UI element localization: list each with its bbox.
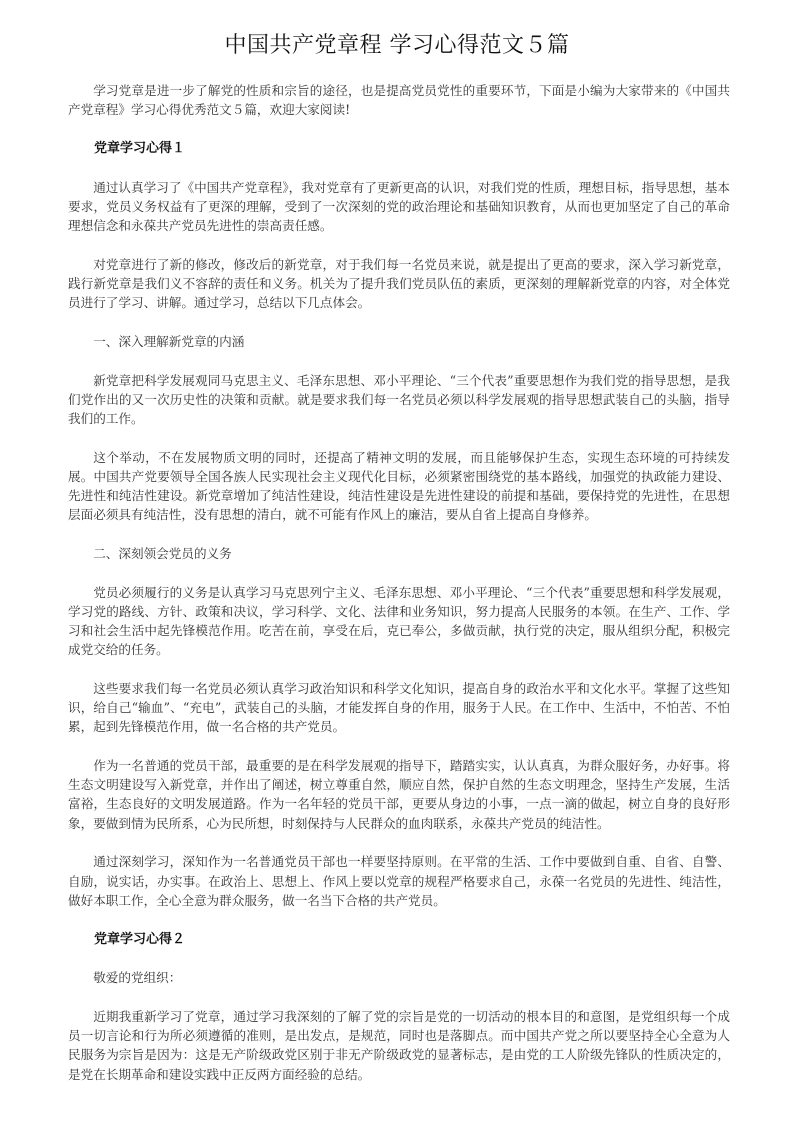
paragraph: 党员必须履行的义务是认真学习马克思列宁主义、毛泽东思想、邓小平理论、“三个代表”… — [68, 583, 730, 660]
paragraph: 新党章把科学发展观同马克思主义、毛泽东思想、邓小平理论、“三个代表”重要思想作为… — [68, 371, 730, 429]
subheading: 二、深刻领会党员的义务 — [68, 544, 730, 563]
paragraph: 通过深刻学习，深知作为一名普通党员干部也一样要坚持原则。在平常的生活、工作中要做… — [68, 852, 730, 910]
document-title: 中国共产党章程 学习心得范文５篇 — [0, 30, 794, 62]
paragraph: 对党章进行了新的修改，修改后的新党章，对于我们每一名党员来说，就是提出了更高的要… — [68, 255, 730, 313]
paragraph: 通过认真学习了《中国共产党章程》，我对党章有了更新更高的认识，对我们党的性质，理… — [68, 178, 730, 236]
subheading: 一、深入理解新党章的内涵 — [68, 332, 730, 351]
salutation: 敬爱的党组织： — [68, 968, 730, 987]
intro-paragraph: 学习党章是进一步了解党的性质和宗旨的途径，也是提高党员党性的重要环节，下面是小编… — [68, 81, 730, 119]
paragraph: 这些要求我们每一名党员必须认真学习政治知识和科学文化知识，提高自身的政治水平和文… — [68, 679, 730, 737]
section-heading-1: 党章学习心得１ — [68, 139, 730, 158]
document-body: 学习党章是进一步了解党的性质和宗旨的途径，也是提高党员党性的重要环节，下面是小编… — [68, 81, 730, 1103]
paragraph: 作为一名普通的党员干部，最重要的是在科学发展观的指导下，踏踏实实，认认真真，为群… — [68, 756, 730, 833]
paragraph: 这个举动，不在发展物质文明的同时，还提高了精神文明的发展，而且能够保护生态，实现… — [68, 448, 730, 525]
document-page: 中国共产党章程 学习心得范文５篇 学习党章是进一步了解党的性质和宗旨的途径，也是… — [0, 0, 794, 1123]
paragraph: 近期我重新学习了党章，通过学习我深刻的了解了党的宗旨是党的一切活动的根本目的和意… — [68, 1007, 730, 1084]
section-heading-2: 党章学习心得２ — [68, 930, 730, 949]
